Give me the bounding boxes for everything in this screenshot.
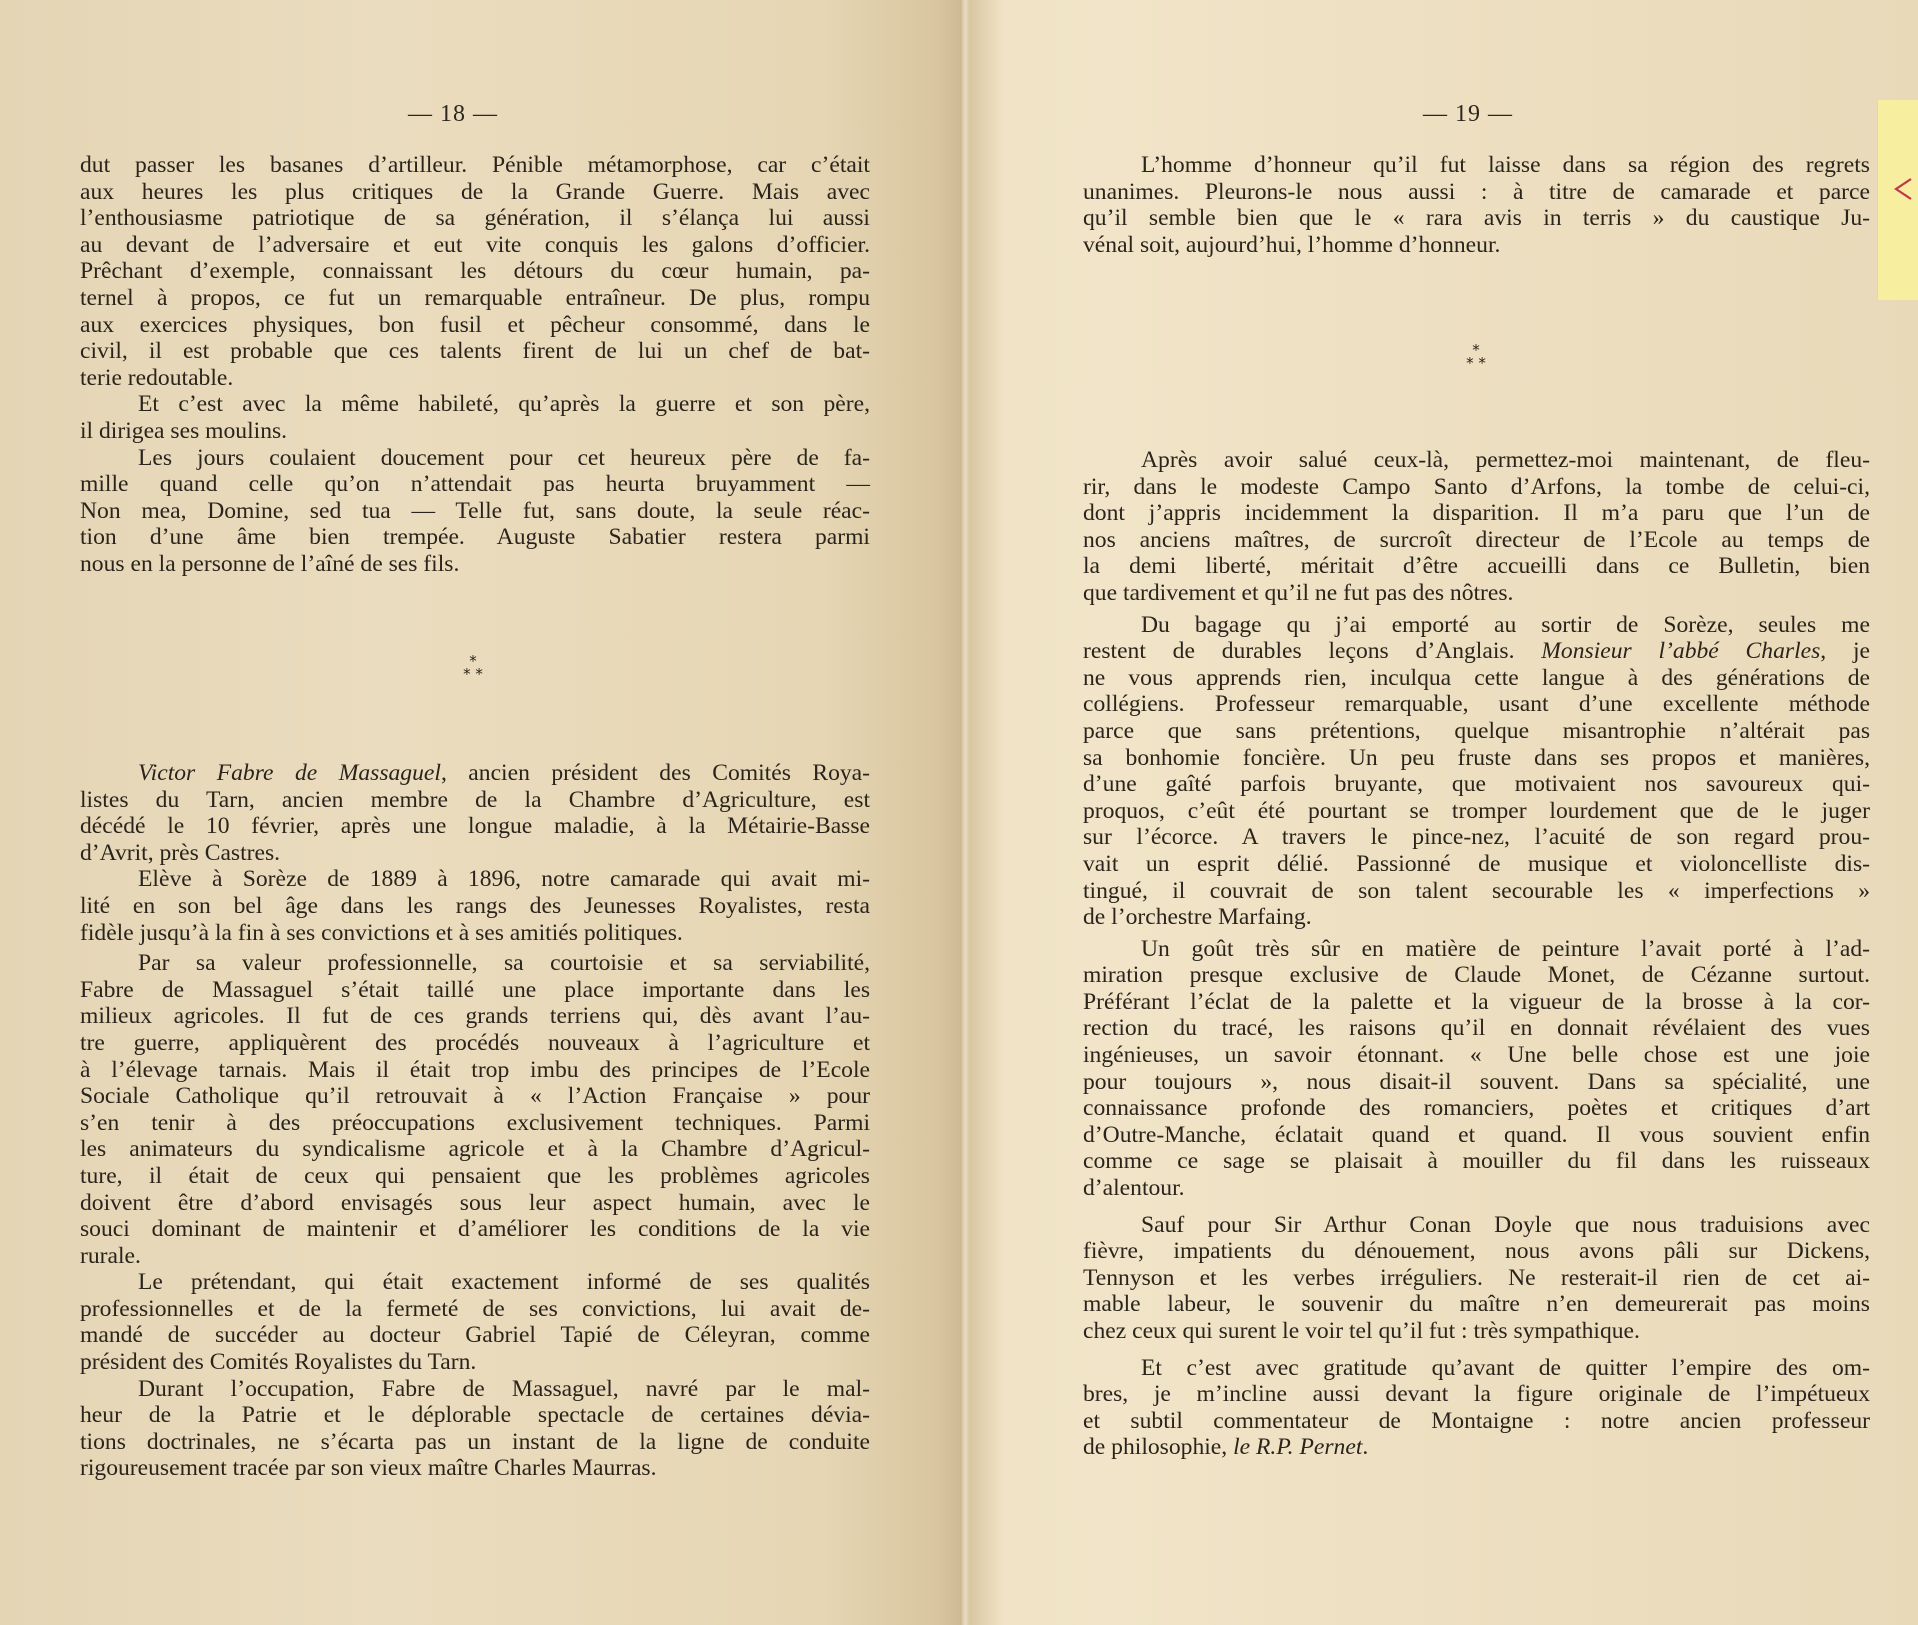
paragraph: Du bagage qu j’ai emporté au sortir de S… (1083, 612, 1870, 931)
text-line: Le prétendant, qui était exactement info… (80, 1269, 870, 1296)
text-line: au devant de l’adversaire et eut vite co… (80, 232, 870, 259)
text-line: pour toujours », nous disait-il souvent.… (1083, 1069, 1870, 1096)
text-line: ternel à propos, ce fut un remarquable e… (80, 285, 870, 312)
left-text-block-bottom: Victor Fabre de Massaguel, ancien présid… (80, 760, 870, 1482)
text-line: heur de la Patrie et le déplorable spect… (80, 1402, 870, 1429)
right-text-block-bottom: Après avoir salué ceux-là, permettez-moi… (1083, 447, 1870, 1461)
text-line: sur l’écorce. A travers le pince-nez, l’… (1083, 824, 1870, 851)
text-line: Et c’est avec la même habileté, qu’après… (80, 391, 870, 418)
text-line: Les jours coulaient doucement pour cet h… (80, 445, 870, 472)
text-line: d’Outre-Manche, éclatait quand et quand.… (1083, 1122, 1870, 1149)
paragraph: Le prétendant, qui était exactement info… (80, 1269, 870, 1375)
text-line: souci dominant de maintenir et d’amélior… (80, 1216, 870, 1243)
text-line: parce que sans prétentions, quelque misa… (1083, 718, 1870, 745)
paragraph: Elève à Sorèze de 1889 à 1896, notre cam… (80, 866, 870, 946)
text-line: Sociale Catholique qu’il retrouvait à « … (80, 1083, 870, 1110)
text-line: nous en la personne de l’aîné de ses fil… (80, 551, 870, 578)
text-line: président des Comités Royalistes du Tarn… (80, 1349, 870, 1376)
text-line: Par sa valeur professionnelle, sa courto… (80, 950, 870, 977)
text-line: rir, dans le modeste Campo Santo d’Arfon… (1083, 474, 1870, 501)
paragraph: Un goût très sûr en matière de peinture … (1083, 936, 1870, 1202)
text-line: miration presque exclusive de Claude Mon… (1083, 962, 1870, 989)
left-text-block-top: dut passer les basanes d’artilleur. Péni… (80, 152, 870, 578)
section-break-asterism-right: ** * (1456, 344, 1496, 370)
text-fragment: . (1362, 1434, 1368, 1460)
text-line: tion d’une âme bien trempée. Auguste Sab… (80, 524, 870, 551)
page-number-right: — 19 — (1423, 101, 1513, 128)
right-text-block-top: L’homme d’honneur qu’il fut laisse dans … (1083, 152, 1870, 258)
text-line: d’Avrit, près Castres. (80, 840, 870, 867)
text-line: Durant l’occupation, Fabre de Massaguel,… (80, 1376, 870, 1403)
text-line: Tennyson et les verbes irréguliers. Ne r… (1083, 1265, 1870, 1292)
text-line: aux heures les plus critiques de la Gran… (80, 179, 870, 206)
book-spine (960, 0, 970, 1625)
text-line: l’enthousiasme patriotique de sa générat… (80, 205, 870, 232)
person-name-italic: le R.P. Pernet (1233, 1434, 1362, 1460)
text-line: civil, il est probable que ces talents f… (80, 338, 870, 365)
paragraph: Victor Fabre de Massaguel, ancien présid… (80, 760, 870, 866)
text-line: rigoureusement tracée par son vieux maît… (80, 1455, 870, 1482)
text-line: Non mea, Domine, sed tua — Telle fut, sa… (80, 498, 870, 525)
text-line: lité en son bel âge dans les rangs des J… (80, 893, 870, 920)
text-line: professionnelles et de la fermeté de ses… (80, 1296, 870, 1323)
text-line: que tardivement et qu’il ne fut pas des … (1083, 580, 1870, 607)
paragraph: Sauf pour Sir Arthur Conan Doyle que nou… (1083, 1212, 1870, 1345)
text-line: d’alentour. (1083, 1175, 1870, 1202)
text-line: tingué, il couvrait de son talent secour… (1083, 878, 1870, 905)
text-fragment: de philosophie, (1083, 1434, 1233, 1460)
text-line: Prêchant d’exemple, connaissant les déto… (80, 258, 870, 285)
paragraph: Et c’est avec gratitude qu’avant de quit… (1083, 1355, 1870, 1461)
person-name-italic: Victor Fabre de Massaguel (138, 760, 441, 786)
text-line: Préférant l’éclat de la palette et la vi… (1083, 989, 1870, 1016)
text-line: la demi liberté, méritait d’être accueil… (1083, 553, 1870, 580)
text-line: listes du Tarn, ancien membre de la Cham… (80, 787, 870, 814)
text-line: mandé de succéder au docteur Gabriel Tap… (80, 1322, 870, 1349)
text-line: unanimes. Pleurons-le nous aussi : à tit… (1083, 179, 1870, 206)
person-name-italic: Monsieur l’abbé Charles (1541, 638, 1820, 664)
text-line: Victor Fabre de Massaguel, ancien présid… (80, 760, 870, 787)
paragraph: Durant l’occupation, Fabre de Massaguel,… (80, 1376, 870, 1482)
text-line: dont j’appris incidemment la disparition… (1083, 500, 1870, 527)
text-line: fièvre, impatients du dénouement, nous a… (1083, 1238, 1870, 1265)
text-line: les animateurs du syndicalisme agricole … (80, 1136, 870, 1163)
text-line: Elève à Sorèze de 1889 à 1896, notre cam… (80, 866, 870, 893)
paragraph: L’homme d’honneur qu’il fut laisse dans … (1083, 152, 1870, 258)
paragraph: dut passer les basanes d’artilleur. Péni… (80, 152, 870, 391)
text-line: tions doctrinales, ne s’écarta pas un in… (80, 1429, 870, 1456)
text-line: proquos, c’eût été pourtant se tromper l… (1083, 798, 1870, 825)
text-line: fidèle jusqu’à la fin à ses convictions … (80, 920, 870, 947)
paragraph: Et c’est avec la même habileté, qu’après… (80, 391, 870, 444)
text-line: dut passer les basanes d’artilleur. Péni… (80, 152, 870, 179)
text-line: tre guerre, appliquèrent des procédés no… (80, 1030, 870, 1057)
red-margin-arrow-icon (1893, 176, 1915, 202)
text-line: terie redoutable. (80, 365, 870, 392)
text-line: vait un esprit délié. Passionné de musiq… (1083, 851, 1870, 878)
text-fragment: , je (1820, 638, 1870, 664)
text-fragment: restent de durables leçons d’Anglais. (1083, 638, 1541, 664)
text-line: rection du tracé, les raisons qu’il en d… (1083, 1015, 1870, 1042)
paragraph: Après avoir salué ceux-là, permettez-moi… (1083, 447, 1870, 607)
text-line: vénal soit, aujourd’hui, l’homme d’honne… (1083, 232, 1870, 259)
paragraph: Par sa valeur professionnelle, sa courto… (80, 950, 870, 1269)
text-line: Sauf pour Sir Arthur Conan Doyle que nou… (1083, 1212, 1870, 1239)
text-line: Et c’est avec gratitude qu’avant de quit… (1083, 1355, 1870, 1382)
text-line: de philosophie, le R.P. Pernet. (1083, 1434, 1870, 1461)
text-line: chez ceux qui surent le voir tel qu’il f… (1083, 1318, 1870, 1345)
text-line: qu’il semble bien que le « rara avis in … (1083, 205, 1870, 232)
text-line: décédé le 10 février, après une longue m… (80, 813, 870, 840)
text-line: bres, je m’incline aussi devant la figur… (1083, 1381, 1870, 1408)
page-number-left: — 18 — (408, 101, 498, 128)
text-line: mable labeur, le souvenir du maître n’en… (1083, 1291, 1870, 1318)
paragraph: Les jours coulaient doucement pour cet h… (80, 445, 870, 578)
text-line: aux exercices physiques, bon fusil et pê… (80, 312, 870, 339)
text-line: rurale. (80, 1243, 870, 1270)
text-line: ne vous apprends rien, inculqua cette la… (1083, 665, 1870, 692)
text-line: mille quand celle qu’on n’attendait pas … (80, 471, 870, 498)
text-fragment: , ancien président des Comités Roya- (441, 760, 870, 786)
text-line: à l’élevage tarnais. Mais il était trop … (80, 1057, 870, 1084)
text-line: ingénieuses, un savoir étonnant. « Une b… (1083, 1042, 1870, 1069)
text-line: sa bonhomie foncière. Un peu fruste dans… (1083, 745, 1870, 772)
text-line: et subtil commentateur de Montaigne : no… (1083, 1408, 1870, 1435)
text-line: s’en tenir à des préoccupations exclusiv… (80, 1110, 870, 1137)
text-line: ture, il était de ceux qui pensaient que… (80, 1163, 870, 1190)
text-line: Un goût très sûr en matière de peinture … (1083, 936, 1870, 963)
text-line: connaissance profonde des romanciers, po… (1083, 1095, 1870, 1122)
text-line: Du bagage qu j’ai emporté au sortir de S… (1083, 612, 1870, 639)
text-line: nos anciens maîtres, de surcroît directe… (1083, 527, 1870, 554)
text-line: collégiens. Professeur remarquable, usan… (1083, 691, 1870, 718)
text-line: il dirigea ses moulins. (80, 418, 870, 445)
text-line: milieux agricoles. Il fut de ces grands … (80, 1003, 870, 1030)
text-line: Fabre de Massaguel s’était taillé une pl… (80, 977, 870, 1004)
text-line: restent de durables leçons d’Anglais. Mo… (1083, 638, 1870, 665)
text-line: doivent être d’abord envisagés sous leur… (80, 1190, 870, 1217)
text-line: comme ce sage se plaisait à mouiller du … (1083, 1148, 1870, 1175)
section-break-asterism-left: ** * (453, 655, 493, 681)
text-line: de l’orchestre Marfaing. (1083, 904, 1870, 931)
text-line: d’une gaîté parfois bruyante, que motiva… (1083, 771, 1870, 798)
text-line: Après avoir salué ceux-là, permettez-moi… (1083, 447, 1870, 474)
text-line: L’homme d’honneur qu’il fut laisse dans … (1083, 152, 1870, 179)
